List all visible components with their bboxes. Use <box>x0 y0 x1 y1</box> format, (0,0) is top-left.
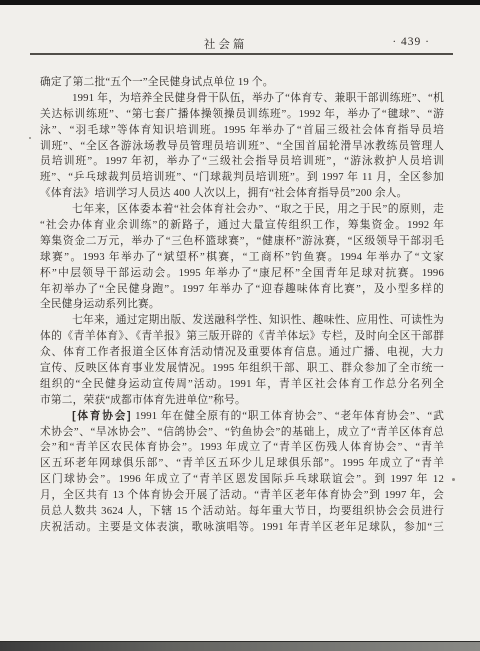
text-line: 《体育法》培训学习人员达 400 人次以上，拥有“社会体育指导员”200 余人。 <box>40 186 444 202</box>
text-line: 年初举办了“全民健身跑”。1997 年举办了“迎春趣味体育比赛”，及小型多样的 <box>40 282 444 298</box>
text-line: 七年来，区体委本着“社会体育社会办”、“取之于民，用之于民”的原则，走 <box>40 202 444 218</box>
text-line: 区门球协会”。1996 年成立了“青羊区恩发国际乒乓球联谊会”。到 1997 年… <box>40 472 444 488</box>
text-line: 员总人数共 3624 人，下辖 15 个活动站。每年重大节日，均要组织协会会员进… <box>40 504 444 520</box>
text-line: 术协会”、“旱冰协会”、“信鸽协会”、“钓鱼协会”的基础上，成立了“青羊区体育总 <box>40 425 444 441</box>
text-line: 1991 年，为培养全民健身骨干队伍，举办了“体育专、兼职干部训练班”、“机 <box>40 91 444 107</box>
text-line: 杯”中层领导干部运动会。1995 年举办了“康尼杯”全国青年足球对抗赛。1996 <box>40 266 444 282</box>
text-line: 宣传、反映区体育事业发展情况。1995 年组织干部、职工、群众参加了全市统一 <box>40 361 444 377</box>
text-line: 区五环老年网球俱乐部”、“青羊区五环少儿足球俱乐部”。1995 年成立了“青羊 <box>40 456 444 472</box>
page-number: · 439 · <box>392 36 430 48</box>
text-line: 泳”、“羽毛球”等体育知识培训班。1995 年举办了“首届三级社会体育指导员培 <box>40 123 444 139</box>
section-title: 社会篇 <box>204 36 248 52</box>
text-line: 组织的“全民健身运动宣传周”活动。1991 年，青羊区社会体育工作总分名列全 <box>40 377 444 393</box>
text-line: 庆祝活动。主要是文体表演，歌咏演唱等。1991 年青羊区老年足球队，参加“三 <box>40 520 444 536</box>
text-line: 会”和“青羊区农民体育协会”。1993 年成立了“青羊区伤残人体育协会”、“青羊 <box>40 440 444 456</box>
text-line: “社会办体育业余训练”的新路子，通过大量宣传组织工作，筹集资金。1992 年 <box>40 218 444 234</box>
text-line: 员培训班”。1997 年初，举办了“三级社会指导员培训班”，“游泳救护人员培训 <box>40 154 444 170</box>
text-line: 七年来，通过定期出版、发送融科学性、知识性、趣味性、应用性、可读性为一 <box>40 313 444 329</box>
text-line: 关达标训练班”、“第七套广播体操领操员训练班”。1992 年，举办了“毽球”、“… <box>40 107 444 123</box>
text-line: 班”、“乒乓球裁判员培训班”、“门球裁判员培训班”。到 1997 年 11 月，… <box>40 170 444 186</box>
scan-speck <box>29 137 31 139</box>
scan-speck <box>452 478 455 481</box>
text-line: 体的《青羊体育》、《青羊报》第三版开辟的《青羊体坛》专栏，及时向全区干部群 <box>40 329 444 345</box>
scanned-book-page: 社会篇 · 439 · 确定了第二批“五个一”全民健身试点单位 19 个。199… <box>0 0 480 651</box>
entry-heading: [体育协会] <box>72 410 131 422</box>
text-line: 球赛”。1993 年举办了“斌望杯”棋赛，“工商杯”钓鱼赛。1994 年举办了“… <box>40 250 444 266</box>
text-line: 月，全区共有 13 个体育协会开展了活动。“青羊区老年体育协会”到 1997 年… <box>40 488 444 504</box>
text-line: 市第二，荣获“成都市体育先进单位”称号。 <box>40 393 444 409</box>
header-rule <box>30 53 453 55</box>
text-line: 确定了第二批“五个一”全民健身试点单位 19 个。 <box>40 75 444 91</box>
scan-edge-bottom <box>0 641 480 651</box>
text-line: 全民健身运动系列比赛。 <box>40 297 444 313</box>
text-line: 训班”、“全区各游泳场教导员管理员培训班”、“全国首届轮滑旱冰教练员管理人 <box>40 139 444 155</box>
text-line: 筹集资金二万元，举办了“三色杯篮球赛”，“健康杯”游泳赛，“区级领导干部羽毛 <box>40 234 444 250</box>
scan-edge-top <box>0 0 480 5</box>
text-line: 众、体育工作者报道全区体育活动情况及重要体育信息。通过广播、电视，大力 <box>40 345 444 361</box>
page-body: 确定了第二批“五个一”全民健身试点单位 19 个。1991 年，为培养全民健身骨… <box>40 75 444 536</box>
text-line: [体育协会] 1991 年在健全原有的“职工体育协会”、“老年体育协会”、“武 <box>40 409 444 425</box>
page-header: 社会篇 · 439 · <box>0 36 480 50</box>
